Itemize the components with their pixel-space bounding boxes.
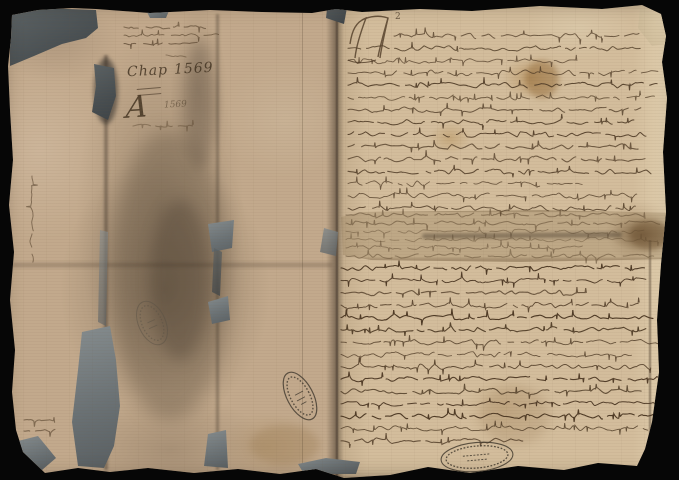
monogram-inscription: A bbox=[125, 89, 149, 126]
manuscript-scan: Chap1569 A 1569 2 bbox=[0, 0, 679, 480]
chapter-label: Chap bbox=[127, 62, 169, 80]
right-page bbox=[338, 0, 679, 480]
document-sheet: Chap1569 A 1569 2 bbox=[0, 0, 679, 480]
small-year-inscription: 1569 bbox=[164, 99, 187, 110]
horizontal-fold-line bbox=[10, 263, 332, 267]
ruled-margin-line bbox=[302, 10, 303, 468]
chapter-year: 1569 bbox=[174, 60, 214, 78]
folio-number: 2 bbox=[395, 12, 401, 22]
